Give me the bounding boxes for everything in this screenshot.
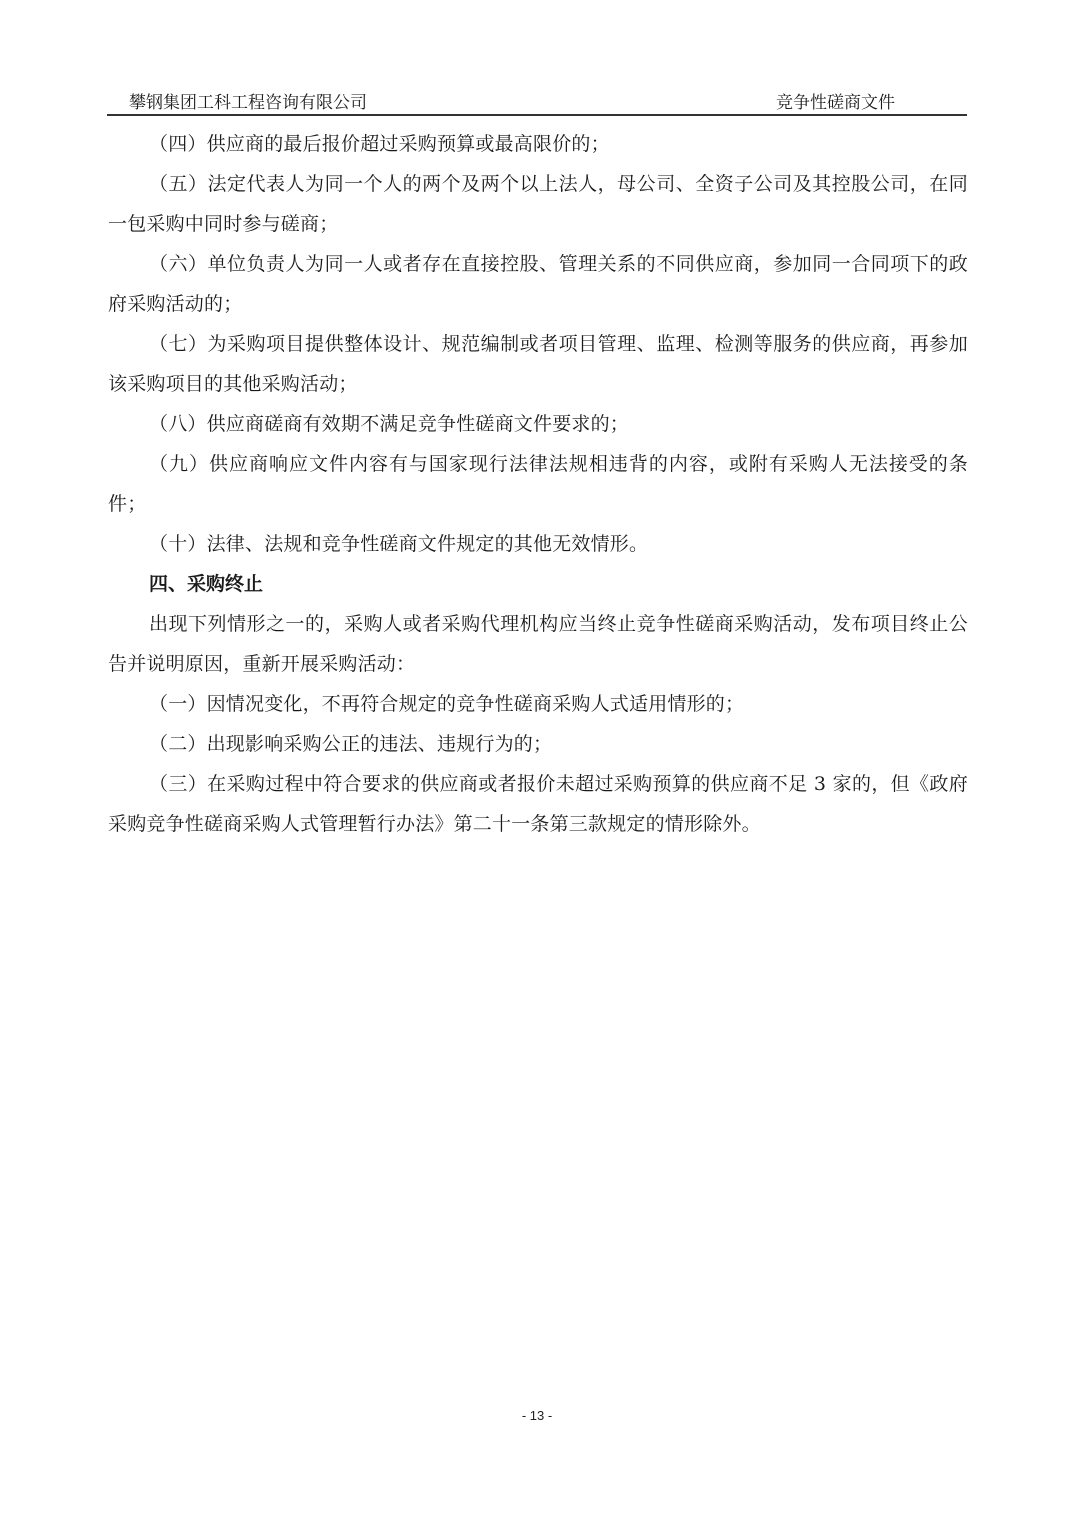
clause-item-4: （四）供应商的最后报价超过采购预算或最高限价的； [108, 124, 968, 164]
termination-item-3: （三）在采购过程中符合要求的供应商或者报价未超过采购预算的供应商不足 3 家的，… [108, 764, 968, 844]
clause-item-6: （六）单位负责人为同一人或者存在直接控股、管理关系的不同供应商，参加同一合同项下… [108, 244, 968, 324]
section-intro: 出现下列情形之一的，采购人或者采购代理机构应当终止竞争性磋商采购活动，发布项目终… [108, 604, 968, 684]
clause-item-10: （十）法律、法规和竞争性磋商文件规定的其他无效情形。 [108, 524, 968, 564]
termination-item-2: （二）出现影响采购公正的违法、违规行为的； [108, 724, 968, 764]
section-heading: 四、采购终止 [108, 564, 968, 604]
page-number: - 13 - [0, 1408, 1074, 1423]
clause-item-9: （九）供应商响应文件内容有与国家现行法律法规相违背的内容，或附有采购人无法接受的… [108, 444, 968, 524]
page-header: 攀钢集团工科工程咨询有限公司 竞争性磋商文件 [107, 86, 967, 116]
header-company-name: 攀钢集团工科工程咨询有限公司 [129, 88, 367, 113]
termination-item-1: （一）因情况变化，不再符合规定的竞争性磋商采购人式适用情形的； [108, 684, 968, 724]
clause-item-8: （八）供应商磋商有效期不满足竞争性磋商文件要求的； [108, 404, 968, 444]
header-document-title: 竞争性磋商文件 [776, 88, 895, 113]
document-body: （四）供应商的最后报价超过采购预算或最高限价的； （五）法定代表人为同一个人的两… [108, 124, 968, 844]
clause-item-5: （五）法定代表人为同一个人的两个及两个以上法人，母公司、全资子公司及其控股公司，… [108, 164, 968, 244]
clause-item-7: （七）为采购项目提供整体设计、规范编制或者项目管理、监理、检测等服务的供应商，再… [108, 324, 968, 404]
